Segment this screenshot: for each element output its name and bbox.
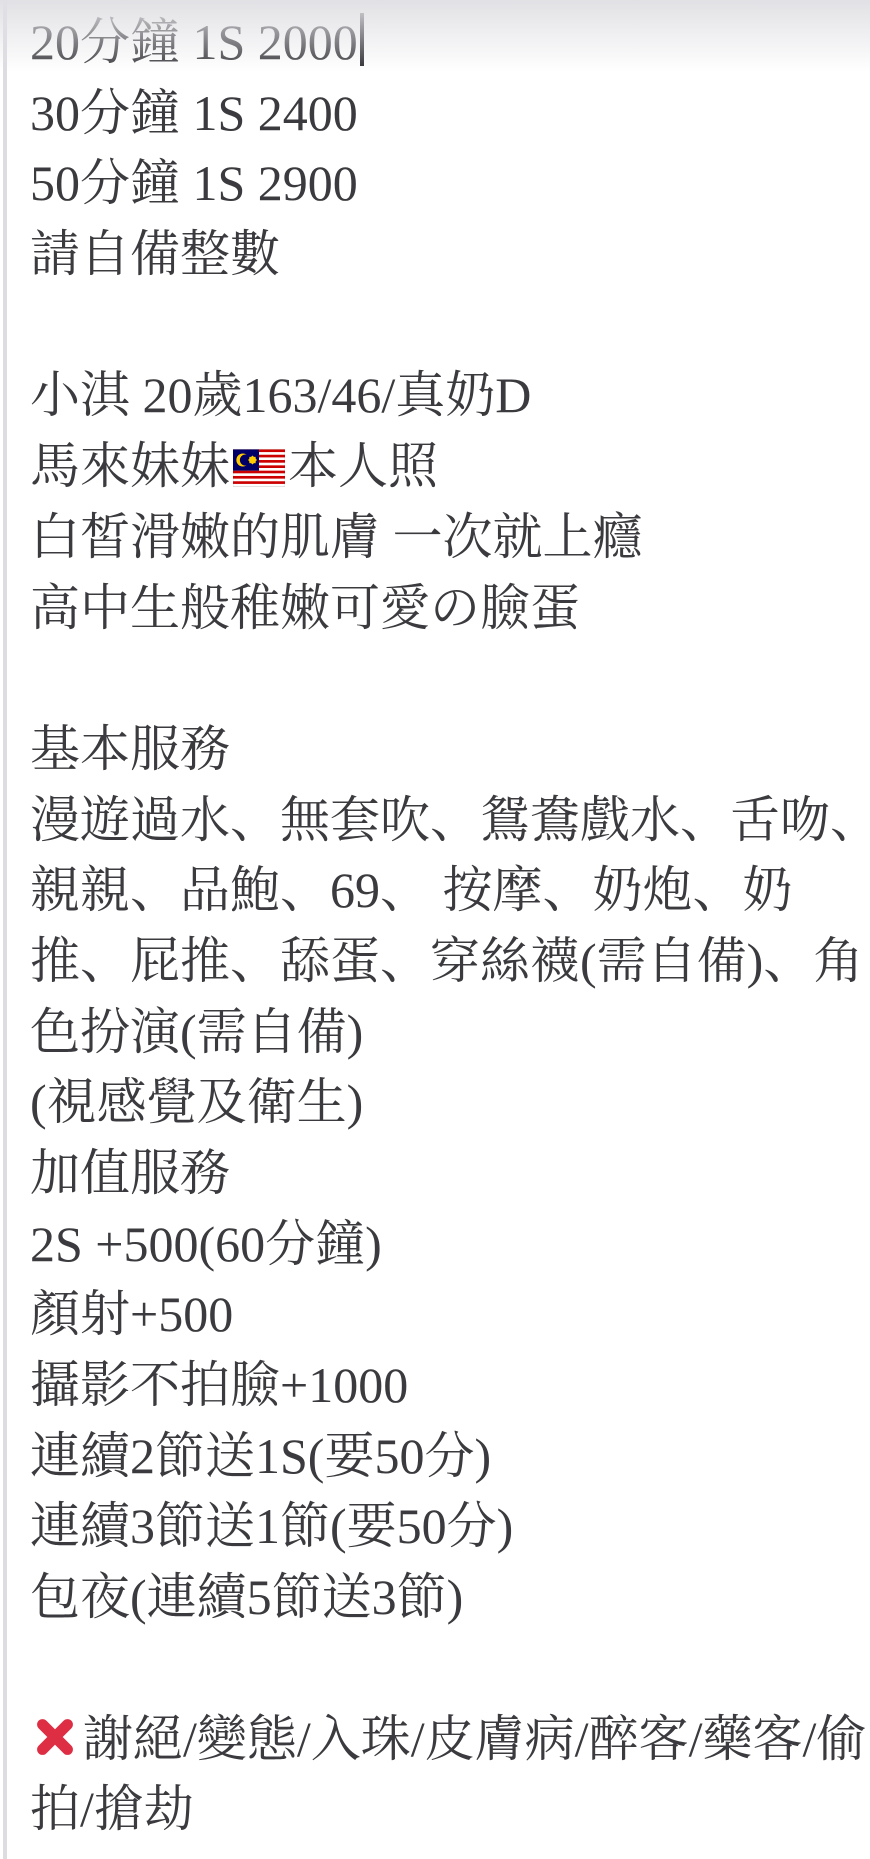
restrictions-line-1: 謝絕/變態/入珠/皮膚病/醉客/藥客/偷 xyxy=(30,1704,864,1775)
basic-services-line-2: 親親、品鮑、69、 按摩、奶炮、奶 xyxy=(30,855,864,926)
red-cross-icon xyxy=(30,1710,80,1760)
value-added-item-2sessions: 連續2節送1S(要50分) xyxy=(30,1421,864,1492)
profile-skin-line: 白皙滑嫩的肌膚 一次就上癮 xyxy=(30,502,864,573)
blank-line xyxy=(30,643,864,714)
value-added-heading: 加值服務 xyxy=(30,1138,864,1209)
basic-services-line-3: 推、屁推、舔蛋、穿絲襪(需自備)、角 xyxy=(30,926,864,997)
basic-services-heading: 基本服務 xyxy=(30,714,864,785)
pricing-line-50min: 50分鐘 1S 2900 xyxy=(30,148,864,219)
value-added-item-2s: 2S +500(60分鐘) xyxy=(30,1209,864,1280)
cash-note-line: 請自備整數 xyxy=(30,219,864,290)
blank-line xyxy=(30,1633,864,1704)
value-added-item-facial: 顏射+500 xyxy=(30,1279,864,1350)
basic-services-line-4: 色扮演(需自備) xyxy=(30,997,864,1068)
malaysia-flag-icon xyxy=(233,435,285,473)
pricing-line-30min: 30分鐘 1S 2400 xyxy=(30,78,864,149)
note-textarea[interactable]: 20分鐘 1S 2000 30分鐘 1S 2400 50分鐘 1S 2900 請… xyxy=(30,7,864,1845)
left-edge-line xyxy=(3,0,7,1859)
restrictions-line-2: 拍/搶劫 xyxy=(30,1774,864,1845)
profile-intro-line: 小淇 20歲163/46/真奶D xyxy=(30,360,864,431)
profile-origin-line: 馬來妹妹 本人照 xyxy=(30,431,864,502)
text-cursor xyxy=(360,13,364,66)
pricing-line-20min-text: 20分鐘 1S 2000 xyxy=(30,14,358,70)
basic-services-line-1: 漫遊過水、無套吹、鴛鴦戲水、舌吻、 xyxy=(30,785,864,856)
value-added-item-3sessions: 連續3節送1節(要50分) xyxy=(30,1491,864,1562)
pricing-line-20min: 20分鐘 1S 2000 xyxy=(30,7,864,78)
profile-face-line: 高中生般稚嫩可愛の臉蛋 xyxy=(30,573,864,644)
blank-line xyxy=(30,290,864,361)
value-added-item-overnight: 包夜(連續5節送3節) xyxy=(30,1562,864,1633)
value-added-item-filming: 攝影不拍臉+1000 xyxy=(30,1350,864,1421)
hygiene-note-line: (視感覺及衛生) xyxy=(30,1067,864,1138)
